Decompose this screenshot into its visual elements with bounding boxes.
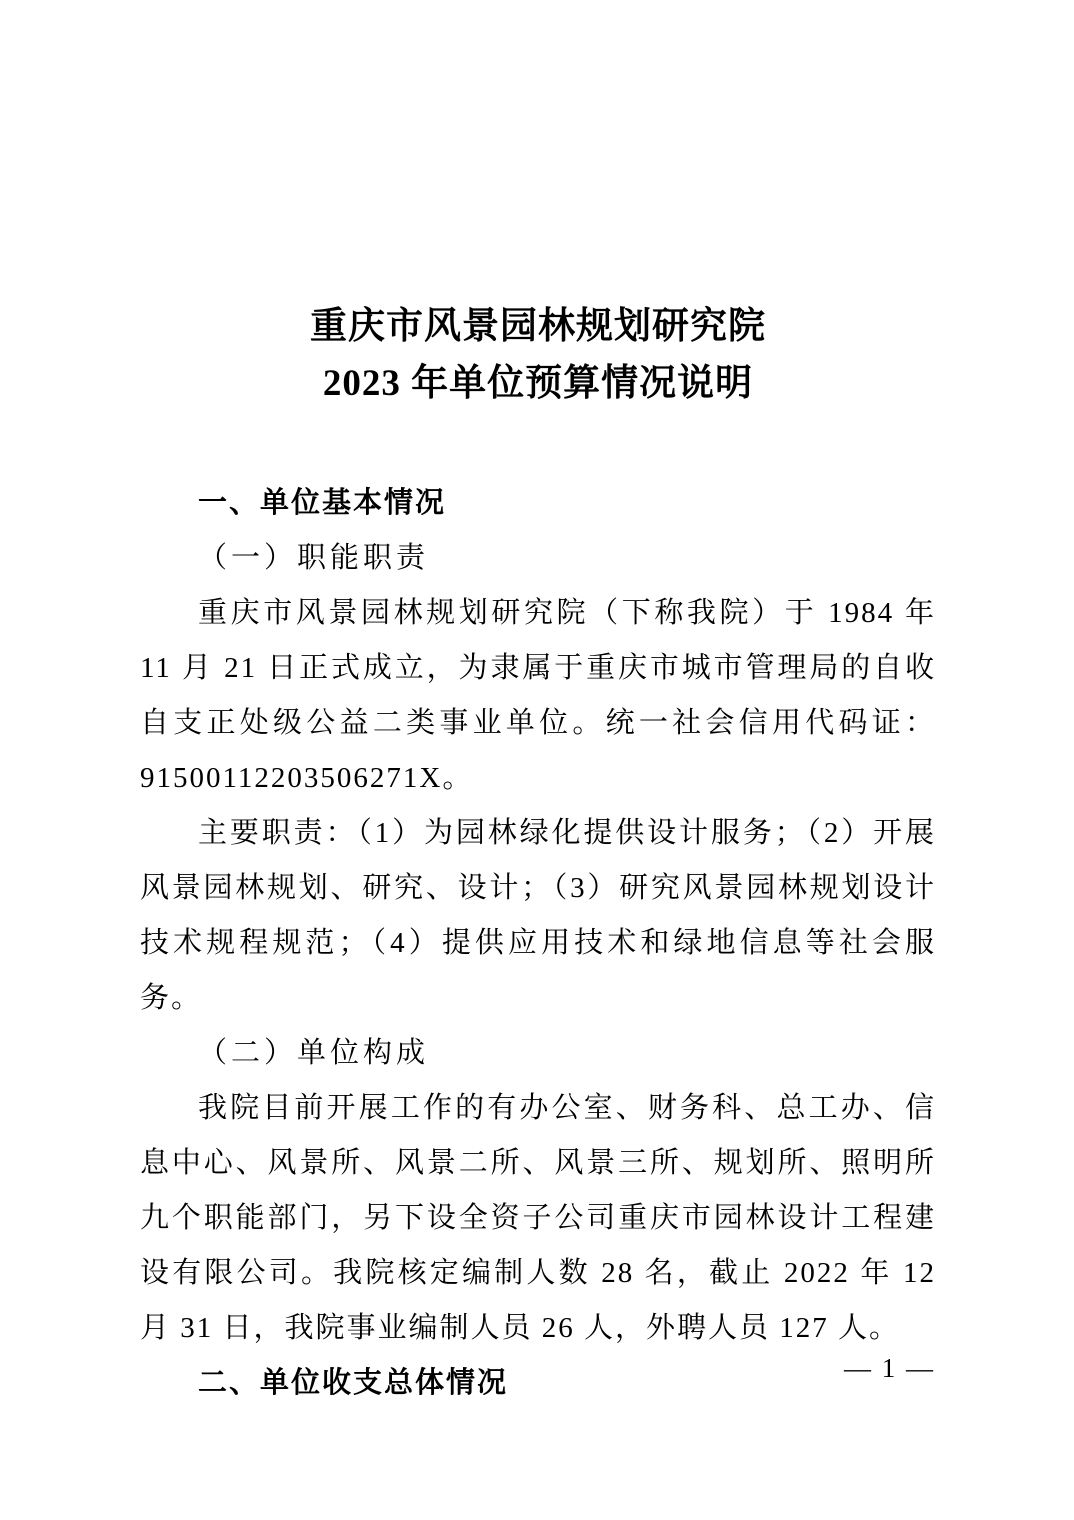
- subsection-heading-unit-composition: （二）单位构成: [140, 1026, 936, 1081]
- subsection-heading-duties: （一）职能职责: [140, 531, 936, 586]
- document-title: 重庆市风景园林规划研究院 2023 年单位预算情况说明: [140, 298, 936, 412]
- section-heading-revenue-expenditure: 二、单位收支总体情况: [140, 1356, 936, 1411]
- paragraph-departments-staffing: 我院目前开展工作的有办公室、财务科、总工办、信息中心、风景所、风景二所、风景三所…: [140, 1081, 936, 1356]
- paragraph-main-duties: 主要职责：（1）为园林绿化提供设计服务；（2）开展风景园林规划、研究、设计；（3…: [140, 806, 936, 1026]
- paragraph-establishment: 重庆市风景园林规划研究院（下称我院）于 1984 年 11 月 21 日正式成立…: [140, 586, 936, 806]
- document-title-line2: 2023 年单位预算情况说明: [140, 355, 936, 412]
- document-page-background: { "document": { "title": { "line1": "重庆市…: [0, 0, 1074, 1520]
- document-title-line1: 重庆市风景园林规划研究院: [140, 298, 936, 355]
- page-number: — 1 —: [844, 1352, 935, 1385]
- document-body: 重庆市风景园林规划研究院 2023 年单位预算情况说明 一、单位基本情况 （一）…: [140, 298, 936, 1411]
- document-content: 一、单位基本情况 （一）职能职责 重庆市风景园林规划研究院（下称我院）于 198…: [140, 476, 936, 1411]
- section-heading-unit-basic-info: 一、单位基本情况: [140, 476, 936, 531]
